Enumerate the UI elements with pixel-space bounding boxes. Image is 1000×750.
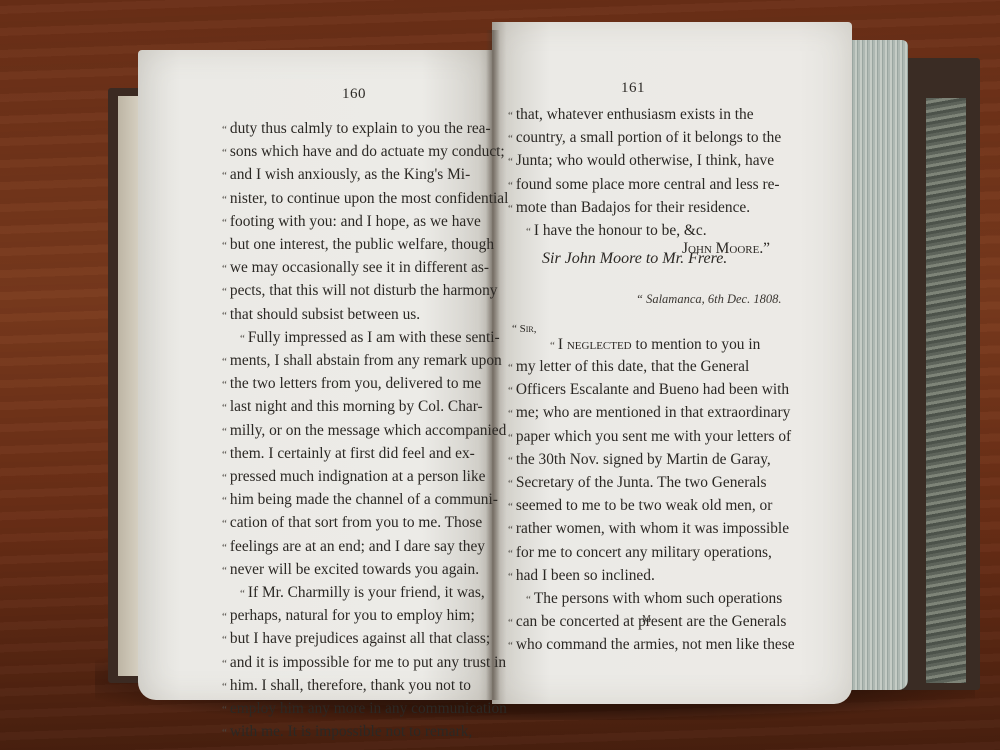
quote-mark: “: [222, 681, 227, 693]
quote-mark: “: [222, 170, 227, 182]
letter-heading: Sir John Moore to Mr. Frere.: [542, 250, 727, 268]
quote-mark: “: [508, 617, 513, 629]
quote-mark: “: [222, 449, 227, 461]
line-text: pects, that this will not disturb the ha…: [230, 282, 498, 299]
quote-mark: “: [222, 240, 227, 252]
line-text: can be concerted at present are the Gene…: [516, 613, 786, 630]
quote-mark: “: [222, 611, 227, 623]
text-line: “with me. It is impossible not to remark…: [222, 721, 484, 744]
line-text: him being made the channel of a communi-: [230, 491, 498, 508]
quote-mark: “: [508, 180, 513, 192]
quote-mark: “: [508, 203, 513, 215]
line-text: Officers Escalante and Bueno had been wi…: [516, 381, 789, 398]
text-line: “and it is impossible for me to put any …: [222, 652, 484, 675]
line-text: The persons with whom such operations: [534, 590, 782, 607]
quote-mark: “: [222, 310, 227, 322]
text-line: “last night and this morning by Col. Cha…: [222, 396, 484, 419]
quote-mark: “: [240, 588, 245, 600]
left-page-text: “duty thus calmly to explain to you the …: [222, 118, 484, 744]
quote-mark: “: [508, 408, 513, 420]
text-line: “ments, I shall abstain from any remark …: [222, 350, 484, 373]
salutation-text: “ Sir,: [512, 323, 537, 335]
quote-mark: “: [508, 362, 513, 374]
text-line: “If Mr. Charmilly is your friend, it was…: [222, 582, 484, 605]
text-line: “Secretary of the Junta. The two General…: [508, 472, 808, 495]
line-text: feelings are at an end; and I dare say t…: [230, 538, 485, 555]
quote-mark: “: [526, 226, 531, 238]
line-text: Fully impressed as I am with these senti…: [248, 329, 500, 346]
line-text: paper which you sent me with your letter…: [516, 428, 791, 445]
line-text: Junta; who would otherwise, I think, hav…: [516, 152, 774, 169]
text-line: “them. I certainly at first did feel and…: [222, 443, 484, 466]
line-text: them. I certainly at first did feel and …: [230, 445, 475, 462]
quote-mark: “: [240, 333, 245, 345]
text-line: “that, whatever enthusiasm exists in the: [508, 104, 770, 127]
first-word: I neglected: [558, 336, 632, 353]
text-line: “Officers Escalante and Bueno had been w…: [508, 379, 808, 402]
line-text: footing with you: and I hope, as we have: [230, 213, 481, 230]
line-text: that, whatever enthusiasm exists in the: [516, 106, 754, 123]
quote-mark: “: [508, 640, 513, 652]
line-text: mote than Badajos for their residence.: [516, 199, 750, 216]
line-text: with me. It is impossible not to remark,: [230, 723, 472, 740]
text-line: “but I have prejudices against all that …: [222, 628, 484, 651]
text-line: “and I wish anxiously, as the King's Mi-: [222, 164, 484, 187]
text-line: “him. I shall, therefore, thank you not …: [222, 675, 484, 698]
quote-mark: “: [508, 455, 513, 467]
line-text: never will be excited towards you again.: [230, 561, 479, 578]
line-text: him. I shall, therefore, thank you not t…: [230, 677, 471, 694]
printer-signature-mark: M: [642, 614, 651, 625]
left-page-number: 160: [342, 86, 366, 103]
quote-mark: “: [508, 571, 513, 583]
text-line: “cation of that sort from you to me. Tho…: [222, 512, 484, 535]
line-text: the two letters from you, delivered to m…: [230, 375, 481, 392]
quote-mark: “: [222, 379, 227, 391]
line-text: we may occasionally see it in different …: [230, 259, 489, 276]
letter-dateline: “ Salamanca, 6th Dec. 1808.: [636, 292, 781, 307]
text-line: “pressed much indignation at a person li…: [222, 466, 484, 489]
quote-mark: “: [222, 565, 227, 577]
line-text: had I been so inclined.: [516, 567, 655, 584]
first-line-rest: to mention to you in: [632, 336, 761, 353]
text-line: “feelings are at an end; and I dare say …: [222, 536, 484, 559]
text-line: “Junta; who would otherwise, I think, ha…: [508, 150, 770, 173]
quote-mark: “: [508, 110, 513, 122]
line-text: ments, I shall abstain from any remark u…: [230, 352, 502, 369]
line-text: nister, to continue upon the most confid…: [230, 190, 509, 207]
text-line: “found some place more central and less …: [508, 174, 770, 197]
text-line: “me; who are mentioned in that extraordi…: [508, 402, 808, 425]
quote-mark: “: [508, 432, 513, 444]
quote-mark: “: [222, 472, 227, 484]
text-line: “rather women, with whom it was impossib…: [508, 518, 808, 541]
quote-mark: “: [222, 124, 227, 136]
line-text: Secretary of the Junta. The two Generals: [516, 474, 767, 491]
text-line: “mote than Badajos for their residence.: [508, 197, 770, 220]
quote-mark: “: [508, 133, 513, 145]
text-line: “employ him any more in any communicatio…: [222, 698, 484, 721]
text-line: “country, a small portion of it belongs …: [508, 127, 770, 150]
letter-body-text: “my letter of this date, that the Genera…: [508, 356, 808, 658]
quote-mark: “: [222, 194, 227, 206]
letter-first-line: “I neglected to mention to you in: [550, 334, 808, 357]
quote-mark: “: [508, 478, 513, 490]
line-text: seemed to me to be two weak old men, or: [516, 497, 772, 514]
line-text: sons which have and do actuate my conduc…: [230, 143, 505, 160]
line-text: that should subsist between us.: [230, 306, 420, 323]
text-line: “never will be excited towards you again…: [222, 559, 484, 582]
line-text: milly, or on the message which accompani…: [230, 422, 506, 439]
right-page-number: 161: [621, 80, 645, 97]
line-text: the 30th Nov. signed by Martin de Garay,: [516, 451, 771, 468]
line-text: duty thus calmly to explain to you the r…: [230, 120, 491, 137]
line-text: but one interest, the public welfare, th…: [230, 236, 494, 253]
quote-mark: “: [508, 548, 513, 560]
letter-salutation: “ Sir,: [512, 318, 537, 340]
quote-mark: “: [508, 385, 513, 397]
text-line: “him being made the channel of a communi…: [222, 489, 484, 512]
text-line: “can be concerted at present are the Gen…: [508, 611, 808, 634]
text-line: “for me to concert any military operatio…: [508, 542, 808, 565]
quote-mark: “: [526, 594, 531, 606]
text-line: “my letter of this date, that the Genera…: [508, 356, 808, 379]
marbled-cover-edge: [926, 98, 966, 683]
line-text: last night and this morning by Col. Char…: [230, 398, 483, 415]
quote-mark: “: [222, 495, 227, 507]
line-text: and it is impossible for me to put any t…: [230, 654, 506, 671]
text-line: “nister, to continue upon the most confi…: [222, 188, 484, 211]
quote-mark: “: [222, 518, 227, 530]
quote-mark: “: [508, 501, 513, 513]
line-text: and I wish anxiously, as the King's Mi-: [230, 166, 470, 183]
line-text: country, a small portion of it belongs t…: [516, 129, 781, 146]
line-text: for me to concert any military operation…: [516, 544, 772, 561]
text-line: “but one interest, the public welfare, t…: [222, 234, 484, 257]
quote-mark: “: [508, 156, 513, 168]
text-line: “we may occasionally see it in different…: [222, 257, 484, 280]
text-line: “who command the armies, not men like th…: [508, 634, 808, 657]
line-text: If Mr. Charmilly is your friend, it was,: [248, 584, 485, 601]
quote-mark: “: [222, 217, 227, 229]
text-line: “duty thus calmly to explain to you the …: [222, 118, 484, 141]
line-text: I have the honour to be, &c.: [534, 222, 707, 239]
line-text: found some place more central and less r…: [516, 176, 780, 193]
quote-mark: “: [222, 402, 227, 414]
line-text: perhaps, natural for you to employ him;: [230, 607, 475, 624]
line-text: pressed much indignation at a person lik…: [230, 468, 486, 485]
right-page-closing-text: “that, whatever enthusiasm exists in the…: [508, 104, 770, 243]
quote-mark: “: [222, 356, 227, 368]
quote-mark: “: [222, 542, 227, 554]
quote-mark: “: [222, 634, 227, 646]
line-text: but I have prejudices against all that c…: [230, 630, 490, 647]
quote-mark: “: [222, 147, 227, 159]
text-line: “milly, or on the message which accompan…: [222, 420, 484, 443]
quote-mark: “: [222, 426, 227, 438]
text-line: “seemed to me to be two weak old men, or: [508, 495, 808, 518]
quote-mark: “: [222, 727, 227, 739]
text-line: “paper which you sent me with your lette…: [508, 426, 808, 449]
line-text: cation of that sort from you to me. Thos…: [230, 514, 482, 531]
line-text: rather women, with whom it was impossibl…: [516, 520, 789, 537]
text-line: “had I been so inclined.: [508, 565, 808, 588]
quote-mark: “: [508, 524, 513, 536]
quote-mark: “: [222, 263, 227, 275]
text-line: “the two letters from you, delivered to …: [222, 373, 484, 396]
quote-mark: “: [222, 286, 227, 298]
text-line: “sons which have and do actuate my condu…: [222, 141, 484, 164]
text-line: “footing with you: and I hope, as we hav…: [222, 211, 484, 234]
text-line: “The persons with whom such operations: [508, 588, 808, 611]
text-line: “that should subsist between us.: [222, 304, 484, 327]
text-line: “perhaps, natural for you to employ him;: [222, 605, 484, 628]
quote-mark: “: [222, 658, 227, 670]
text-line: “pects, that this will not disturb the h…: [222, 280, 484, 303]
line-text: who command the armies, not men like the…: [516, 636, 795, 653]
line-text: my letter of this date, that the General: [516, 358, 749, 375]
text-line: “the 30th Nov. signed by Martin de Garay…: [508, 449, 808, 472]
text-line: “Fully impressed as I am with these sent…: [222, 327, 484, 350]
quote-mark: “: [550, 340, 555, 352]
line-text: me; who are mentioned in that extraordin…: [516, 404, 790, 421]
quote-mark: “: [222, 704, 227, 716]
line-text: employ him any more in any communication: [230, 700, 507, 717]
